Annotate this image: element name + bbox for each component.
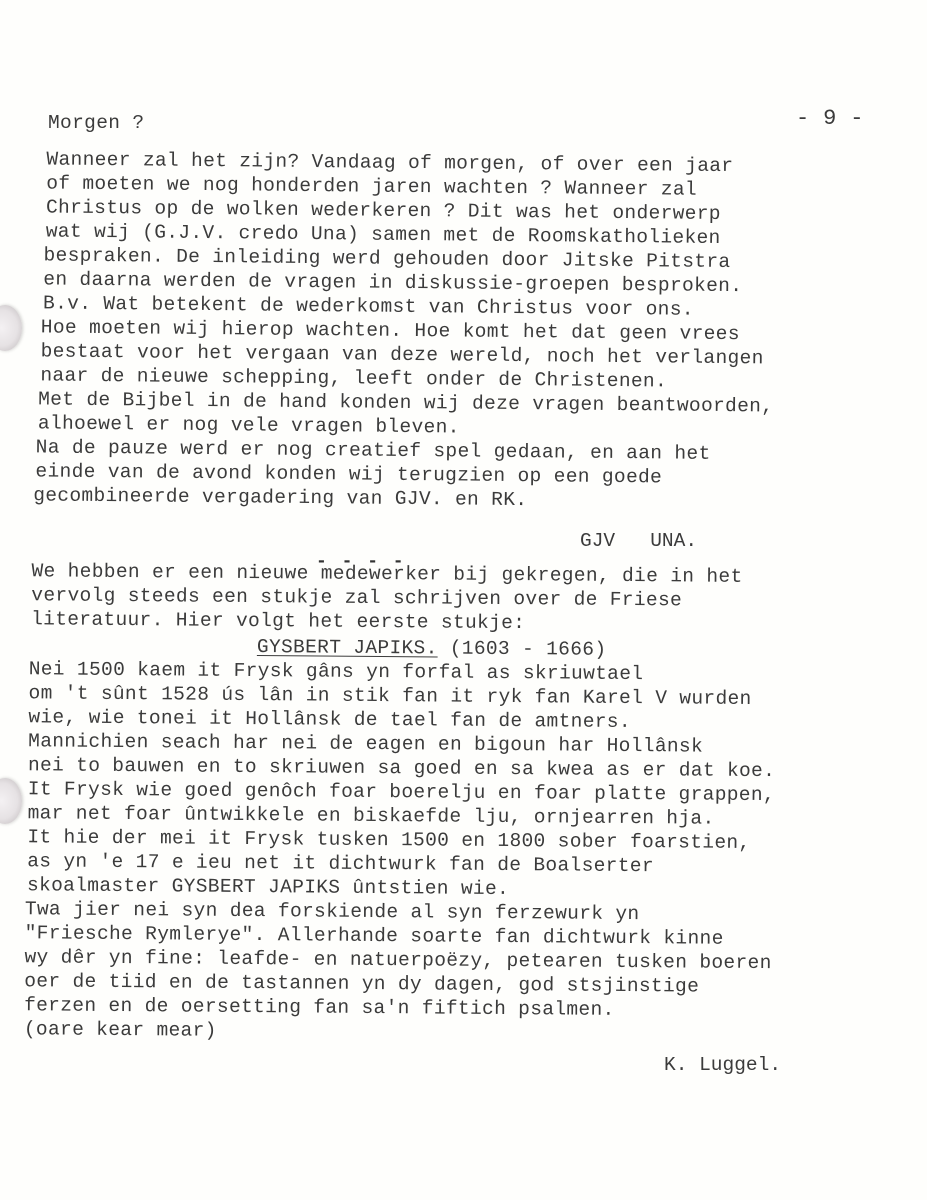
article-2-line: oer de tiid en de tastannen yn dy dagen,… [24,970,699,997]
punch-hole-bottom [0,778,22,824]
article-1-line: naar de nieuwe schepping, leeft onder de… [40,364,667,392]
article-2-line: Mannichien seach har nei de eagen en big… [28,730,703,757]
article-2-line: wie, wie tonei it Hollânsk de tael fan d… [28,706,631,733]
page-number: - 9 - [796,108,864,130]
article-2-line: (oare kear mear) [24,1018,217,1042]
article-2-body: We hebben er een nieuwe medewerker bij g… [0,0,927,7]
article-2-line: It hie der mei it Frysk tusken 1500 en 1… [27,826,750,854]
article-1-signature: GJV UNA. [580,530,697,552]
article-2-intro-line: We hebben er een nieuwe medewerker bij g… [31,560,742,588]
article-2-line: mar net foar ûntwikkele en biskaefde lju… [28,802,715,829]
article-1-body: Wanneer zal het zijn? Vandaag of morgen,… [0,0,927,9]
article-2-line: Nei 1500 kaem it Frysk gâns yn forfal as… [29,658,644,685]
article-2-title-name: GYSBERT JAPIKS. [257,636,438,659]
article-2-line: skoalmaster GYSBERT JAPIKS ûntstien wie. [27,874,509,900]
article-2-line: om 't sûnt 1528 ús lân in stik fan it ry… [28,682,751,710]
article-2-line: It Frysk wie goed genôch foar boerelju e… [28,778,775,806]
punch-hole-top [0,305,22,351]
article-2-title-years: (1603 - 1666) [438,637,607,660]
article-heading: Morgen ? [48,112,144,134]
article-2-line: ferzen en de oersetting fan sa'n fiftich… [24,994,615,1021]
article-2-title: GYSBERT JAPIKS. (1603 - 1666) [257,636,607,661]
article-2-line: wy dêr yn fine: leafde- en natuerpoëzy, … [24,946,771,974]
article-2-line: "Friesche Rymlerye". Allerhande soarte f… [25,922,724,949]
article-1-line: einde van de avond konden wij terugzien … [35,460,662,488]
article-2-signature: K. Luggel. [664,1054,781,1076]
article-2-line: Twa jier nei syn dea forskiende al syn f… [25,898,640,925]
article-2-intro-line: vervolg steeds een stukje zal schrijven … [31,584,682,611]
typewritten-page: Morgen ? - 9 - Wanneer zal het zijn? Van… [0,0,927,1200]
article-2-intro-line: literatuur. Hier volgt het eerste stukje… [31,608,525,634]
article-2-line: as yn 'e 17 e ieu net it dichtwurk fan d… [27,850,654,877]
article-1-line: alhoewel er nog vele vragen bleven. [38,412,460,438]
article-2-line: nei to bauwen en to skriuwen sa goed en … [28,754,775,782]
article-1-line: gecombineerde vergadering van GJV. en RK… [33,484,527,511]
